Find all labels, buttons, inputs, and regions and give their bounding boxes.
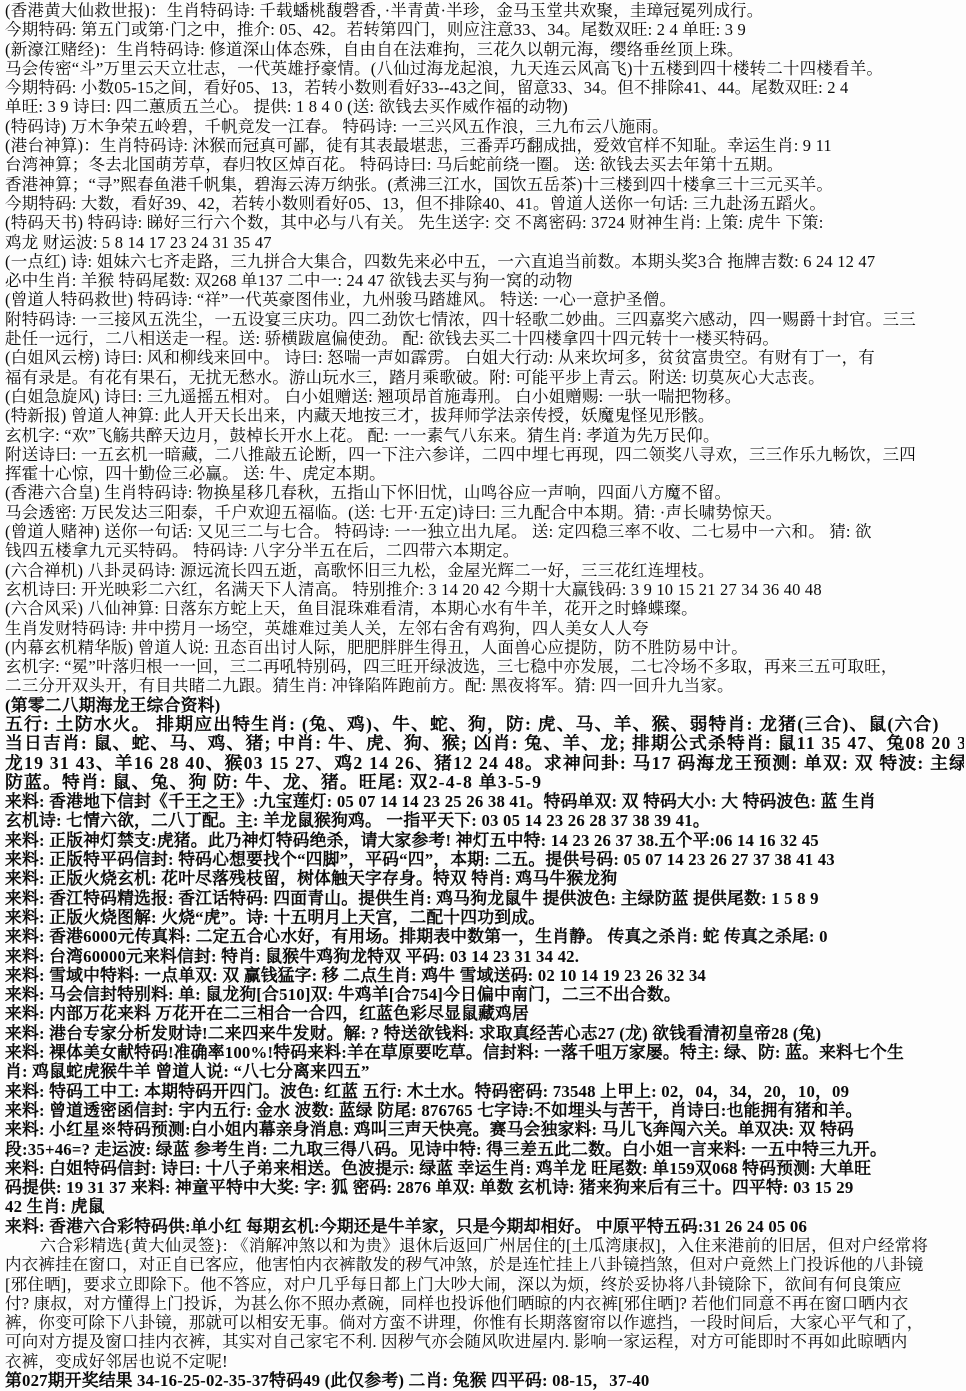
text-line: 来料: 正版神灯禁支:虎猪。此乃神灯特码绝杀，请大家参考! 神灯五中特: 14 …	[5, 831, 964, 850]
text-line: (香港六合皇) 生肖特码诗: 物换星移几春秋，五指山下怀旧忧，山鸣谷应一声响，四…	[5, 483, 964, 502]
text-line: 来料: 港台专家分析发财诗!二来四来牛发财。解: ? 特送欲钱料: 求取真经苦心…	[5, 1024, 964, 1043]
text-line: 来料: 雪域中特料: 一点单双: 双 赢钱猛字: 移 二点生肖: 鸡牛 雪域送码…	[5, 966, 964, 985]
text-line: (白姐急旋风) 诗曰: 三九遥摇五相对。 白小姐赠送: 翘项昂首施毒刑。 白小姐…	[5, 387, 964, 406]
text-line: 付? 康叔，对方懂得上门投诉，为甚么你不照办煮碗，同样也投诉他们晒晾的内衣裤[邪…	[5, 1294, 964, 1313]
text-line: 附送诗曰: 一五玄机一暗藏，二八推敲五论断，四一下注六参详，二四中埋七再现，四二…	[5, 445, 964, 464]
text-line: 42 生肖: 虎鼠	[5, 1197, 964, 1216]
text-line: 来料: 内部万花来料 万花开在二三相合一合四，红蓝色彩尽显鼠藏鸡居	[5, 1004, 964, 1023]
text-line: 来料: 裸体美女献特码!准确率100%!特码来料:羊在草原要吃草。信封料: 一落…	[5, 1043, 964, 1062]
text-line: 玄机字: “欢”飞觞共醉天边月，鼓棹长开水上花。 配: 一一素气八东来。猜生肖:…	[5, 426, 964, 445]
text-line: 玄机字: “冕”叶落归根一一回，三二再吼特别码，四三旺开绿波选，三七稳中亦发展，…	[5, 657, 964, 676]
text-line: 香港神算；“寻”熙春鱼港千帆集，碧海云涛万纳张。(煮沸三江水，国饮五岳茶)十三楼…	[5, 175, 964, 194]
text-line: 内衣裤挂在窗口，对正自已客应，他害怕内衣裤散发的秽气冲煞，於是连忙挂上八卦镜挡煞…	[5, 1255, 964, 1274]
text-line: 衣裤，变成好邻居也说不定呢!	[5, 1352, 964, 1371]
text-line: (六合风采) 八仙神算: 日落东方蛇上天，鱼目混珠难看清，本期心水有牛羊，花开之…	[5, 599, 964, 618]
text-line: (六合禅机) 八卦灵码诗: 源远流长四五逝，高歌怀旧三九松，金屋光辉二一好，三三…	[5, 561, 964, 580]
text-line: 肖: 鸡鼠蛇虎猴牛羊 曾道人说: “八七分离来四五”	[5, 1062, 964, 1081]
text-line: 来料: 正版火烧图解: 火烧“虎”。诗: 十五明月上天宫，二配十四功到成。	[5, 908, 964, 927]
text-line: 龙19 31 43、羊16 28 40、猴03 15 27、鸡2 14 26、猪…	[5, 754, 964, 773]
text-line: (第零二八期海龙王综合资料)	[5, 696, 964, 715]
text-line: 赴任一远行，二八相送走一程。送: 骄横跋扈偏使劲。 配: 欲钱去买二十四楼拿四十…	[5, 329, 964, 348]
text-line: (曾道人特码救世) 特码诗: “祥”一代英豪图伟业，九州骏马踏雄风。 特送: 一…	[5, 290, 964, 309]
text-line: (港台神算)：生肖特码诗: 沐猴而冠真可鄙，徒有其表最堪悲，三番弄巧翻成拙，爱效…	[5, 136, 964, 155]
text-line: 今期特码: 小数05-15之间，看好05、13，若转小数则看好33--43之间，…	[5, 78, 964, 97]
text-line: 福有录是。有花有果石，无扰无愁水。游山玩水三，踏月乘歌破。附: 可能平步上青云。…	[5, 368, 964, 387]
text-line: 钱四五楼拿九元买特码。 特码诗: 八字分半五在后，二四带六本期定。	[5, 541, 964, 560]
text-lines: (香港黄大仙救世报)：生肖特码诗: 千载蟠桃馥磬香，·半青黄·半珍，金马玉堂共欢…	[5, 1, 964, 1390]
text-line: 必中生肖: 羊猴 特码尾数: 双268 单137 二中一: 24 47 欲钱去买…	[5, 271, 964, 290]
text-line: 裤，你变可除下八卦镜，那就可以相安无事。倘对方蛮不讲理，你惟有长期落窗帘以作遮挡…	[5, 1313, 964, 1332]
text-line: (特码天书) 特码诗: 睇好三行六个数，其中必与八有关。 先生送字: 交 不离密…	[5, 213, 964, 232]
text-line: 来料: 马会信封特别料: 单: 鼠龙狗[合510]双: 牛鸡羊[合754]今日偏…	[5, 985, 964, 1004]
text-line: 来料: 曾道透密函信封: 宇内五行: 金水 波数: 蓝绿 防尾: 876765 …	[5, 1101, 964, 1120]
text-line: 今期特码: 第五门或第·门之中，推介: 05、42。若转第四门，则应注意33、3…	[5, 20, 964, 39]
text-line: 当日吉肖: 鼠、蛇、马、鸡、猪; 中肖: 牛、虎、狗、猴; 凶肖: 兔、羊、龙;…	[5, 734, 964, 753]
text-line: (内幕玄机精华版) 曾道人说: 丑态百出讨人际，肥肥胖胖生得丑，人面兽心应提防，…	[5, 638, 964, 657]
text-line: 来料: 香港地下信封《千王之王》:九宝莲灯: 05 07 14 14 23 25…	[5, 792, 964, 811]
text-line: 来料: 小红星※特码预测:白小姐内幕亲身消息: 鸡叫三声天快亮。赛马会独家料: …	[5, 1120, 964, 1139]
text-line: 来料: 香港六合彩特码供:单小红 每期玄机:今期还是牛羊家，只是今期却相好。 中…	[5, 1217, 964, 1236]
text-line: 鸡龙 财运波: 5 8 14 17 23 24 31 35 47	[5, 233, 964, 252]
text-line: 今期特码: 大数，看好39、42，若转小数则看好05、13，但不排除40、41。…	[5, 194, 964, 213]
text-line: 来料: 香江特码精选报: 香江话特码: 四面青山。提供生肖: 鸡马狗龙鼠牛 提供…	[5, 889, 964, 908]
text-line: 来料: 正版特平码信封: 特码心想要找个“四脚”，平码“四”，本期: 二五。提供…	[5, 850, 964, 869]
text-line: 二三分开双头开，有目共睹二九跟。猜生肖: 冲锋陷阵跑前方。配: 黑夜将军。猜: …	[5, 676, 964, 695]
text-line: (新濠江赌经)：生肖特码诗: 修道深山体态殊，自由自在法难拘，三花久以朝元海，缨…	[5, 40, 964, 59]
text-line: 码提供: 19 31 37 来料: 神童平特中大奖: 字: 狐 密码: 2876…	[5, 1178, 964, 1197]
text-line: 马会透密: 万民发达三阳泰，千户欢迎五福临。(送: 七开·五定)诗曰: 三九配合…	[5, 503, 964, 522]
text-line: 六合彩精选{黄大仙灵签}: 《消解冲煞以和为贵》退休后返回广州居住的[土瓜湾康叔…	[5, 1236, 964, 1255]
text-line: 玄机诗: 七情六欲，二八丁配。主: 羊龙鼠猴狗鸡。 一指平天下: 03 05 1…	[5, 811, 964, 830]
text-line: 单旺: 3 9 诗曰: 四二蕙质五兰心。 提供: 1 8 4 0 (送: 欲钱去…	[5, 97, 964, 116]
text-line: 可向对方提及窗口挂内衣裤，其实对自己家宅不利. 因秽气亦会随风吹进屋内. 影响一…	[5, 1332, 964, 1351]
text-line: 生肖发财特码诗: 井中捞月一场空，英雄难过美人关，左邻右舍有鸡狗，四人美女人人夸	[5, 619, 964, 638]
text-line: (特新报) 曾道人神算: 此人开天长出来，内藏天地按三才，拔拜师学法亲传授，妖魔…	[5, 406, 964, 425]
text-line: (香港黄大仙救世报)：生肖特码诗: 千载蟠桃馥磬香，·半青黄·半珍，金马玉堂共欢…	[5, 1, 964, 20]
text-line: 附特码诗: 一三接风五洗尘，一五设宴三庆功。四二劲饮七情浓，四十轻歌二妙曲。三四…	[5, 310, 964, 329]
text-line: 挥霍十心惊，四十勤俭三必赢。 送: 牛、虎定本期。	[5, 464, 964, 483]
text-line: 五行: 土防水火。 排期应出特生肖: (兔、鸡)、牛、蛇、狗，防: 虎、马、羊、…	[5, 715, 964, 734]
lottery-tipsheet-document: (香港黄大仙救世报)：生肖特码诗: 千载蟠桃馥磬香，·半青黄·半珍，金马玉堂共欢…	[0, 0, 966, 1391]
text-line: 台湾神算；冬去北国萌芳草，春归牧区焯百花。 特码诗曰: 马后蛇前绕一圈。 送: …	[5, 155, 964, 174]
text-line: 第027期开奖结果 34-16-25-02-35-37特码49 (此仅参考) 二…	[5, 1371, 964, 1390]
text-line: 来料: 特码工中工: 本期特码开四门。波色: 红蓝 五行: 木土水。特码密码: …	[5, 1082, 964, 1101]
text-line: (曾道人赌神) 送你一句话: 又见三二与七合。 特码诗: 一一独立出九尾。 送:…	[5, 522, 964, 541]
text-line: 玄机诗曰: 开光映彩二六红，名满天下人清高。 特别推介: 3 14 20 42 …	[5, 580, 964, 599]
text-line: (白姐风云榜) 诗曰: 风和柳线来回中。 诗曰: 怒喘一声如霹雳。 白姐大行动:…	[5, 348, 964, 367]
text-line: 段:35+46=? 走运波: 绿蓝 参考生肖: 二九取三得八码。见诗中特: 得三…	[5, 1140, 964, 1159]
text-line: 来料: 正版火烧玄机: 花叶尽落残枝留，树体触天字存身。特双 特肖: 鸡马牛猴龙…	[5, 869, 964, 888]
text-line: [邪住晒]，要求立即除下。他不答应，对户几乎每日都上门大吵大闹，深以为烦，终於妥…	[5, 1275, 964, 1294]
text-line: (一点红) 诗: 姐妹六七齐走路，三九拼合大集合，四数先来必中五，一六直追当前数…	[5, 252, 964, 271]
text-line: 马会传密“斗”万里云天立壮志，一代英雄抒豪情。(八仙过海龙起浪，九天连云风高飞)…	[5, 59, 964, 78]
text-line: (特码诗) 万木争荣五岭碧，千帆竞发一江春。 特码诗: 一三兴风五作浪，三九布云…	[5, 117, 964, 136]
text-line: 防蓝。特肖: 鼠、兔、狗 防: 牛、龙、猪。旺尾: 双2-4-8 单3-5-9	[5, 773, 964, 792]
text-line: 来料: 香港6000元传真料: 二定五合心水好，有用场。排期表中数第一，生肖静。…	[5, 927, 964, 946]
text-line: 来料: 白姐特码信封: 诗曰: 十八子弟来相送。色波提示: 绿蓝 幸运生肖: 鸡…	[5, 1159, 964, 1178]
text-line: 来料: 台湾60000元来料信封: 特肖: 鼠猴牛鸡狗龙特双 平码: 03 14…	[5, 947, 964, 966]
